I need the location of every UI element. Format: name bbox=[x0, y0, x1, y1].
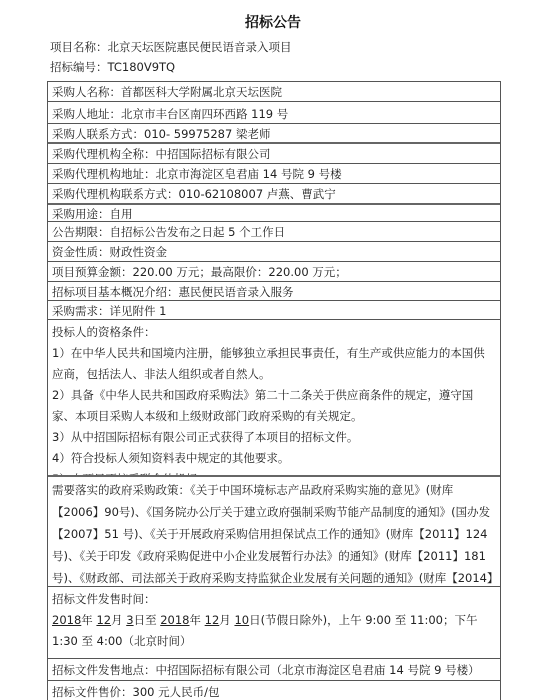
project-name: 项目名称：北京天坛医院惠民便民语音录入项目 bbox=[50, 39, 292, 55]
purchase-requirement: 采购需求：详见附件 1 bbox=[48, 300, 500, 319]
month-label: 月 bbox=[219, 613, 231, 627]
sale-time-value: 2018年 12月 3日至 2018年 12月 10日(节假日除外)，上午 9:… bbox=[52, 610, 496, 652]
start-year: 2018 bbox=[52, 613, 81, 627]
purchaser-contact: 采购人联系方式：010- 59975287 梁老师 bbox=[48, 123, 500, 142]
purchaser-name: 采购人名称：首都医科大学附属北京天坛医院 bbox=[48, 81, 500, 101]
qualification-item: 2）具备《中华人民共和国政府采购法》第二十二条关于供应商条件的规定，遵守国家、本… bbox=[52, 385, 496, 427]
sale-location: 招标文件发售地点：中招国际招标有限公司（北京市海淀区皂君庙 14 号院 9 号楼… bbox=[48, 658, 500, 680]
fund-nature: 资金性质：财政性资金 bbox=[48, 241, 500, 261]
agency-address: 采购代理机构地址：北京市海淀区皂君庙 14 号院 9 号楼 bbox=[48, 163, 500, 183]
purchase-purpose: 采购用途：自用 bbox=[48, 203, 500, 221]
end-month: 12 bbox=[205, 613, 220, 627]
end-year: 2018 bbox=[160, 613, 189, 627]
qualification-item: 3）从中招国际招标有限公司正式获得了本项目的招标文件。 bbox=[52, 427, 496, 448]
bid-number: 招标编号：TC180V9TQ bbox=[50, 59, 175, 75]
start-day: 3 bbox=[126, 613, 133, 627]
qualifications-heading: 投标人的资格条件： bbox=[52, 322, 496, 343]
year-label: 年 bbox=[81, 613, 93, 627]
bidder-qualifications: 投标人的资格条件： 1）在中华人民共和国境内注册，能够独立承担民事责任，有生产或… bbox=[48, 319, 500, 475]
agency-name: 采购代理机构全称：中招国际招标有限公司 bbox=[48, 142, 500, 163]
project-overview: 招标项目基本概况介绍：惠民便民语音录入服务 bbox=[48, 281, 500, 300]
year-label: 年 bbox=[190, 613, 202, 627]
day-label: 日 bbox=[249, 613, 261, 627]
agency-contact: 采购代理机构联系方式：010-62108007 卢燕、曹武宁 bbox=[48, 183, 500, 203]
sale-price: 招标文件售价：300 元人民币/包 bbox=[48, 680, 500, 700]
to-label: 至 bbox=[145, 613, 157, 627]
month-label: 月 bbox=[111, 613, 123, 627]
sale-time-heading: 招标文件发售时间： bbox=[52, 589, 496, 610]
sale-time: 招标文件发售时间： 2018年 12月 3日至 2018年 12月 10日(节假… bbox=[48, 586, 500, 658]
qualification-item: 1）在中华人民共和国境内注册，能够独立承担民事责任，有生产或供应能力的本国供应商… bbox=[52, 343, 496, 385]
day-label: 日 bbox=[134, 613, 146, 627]
page-title: 招标公告 bbox=[0, 12, 546, 32]
announcement-period: 公告期限：自招标公告发布之日起 5 个工作日 bbox=[48, 221, 500, 241]
project-budget: 项目预算金额：220.00 万元；最高限价：220.00 万元； bbox=[48, 261, 500, 281]
qualification-item: 4）符合投标人须知资料表中规定的其他要求。 bbox=[52, 448, 496, 469]
end-day: 10 bbox=[234, 613, 249, 627]
announcement-table: 采购人名称：首都医科大学附属北京天坛医院 采购人地址：北京市丰台区南四环西路 1… bbox=[47, 81, 501, 700]
start-month: 12 bbox=[96, 613, 111, 627]
purchaser-address: 采购人地址：北京市丰台区南四环西路 119 号 bbox=[48, 101, 500, 123]
procurement-policies: 需要落实的政府采购政策：《关于中国环境标志产品政府采购实施的意见》(财库【200… bbox=[48, 475, 500, 586]
